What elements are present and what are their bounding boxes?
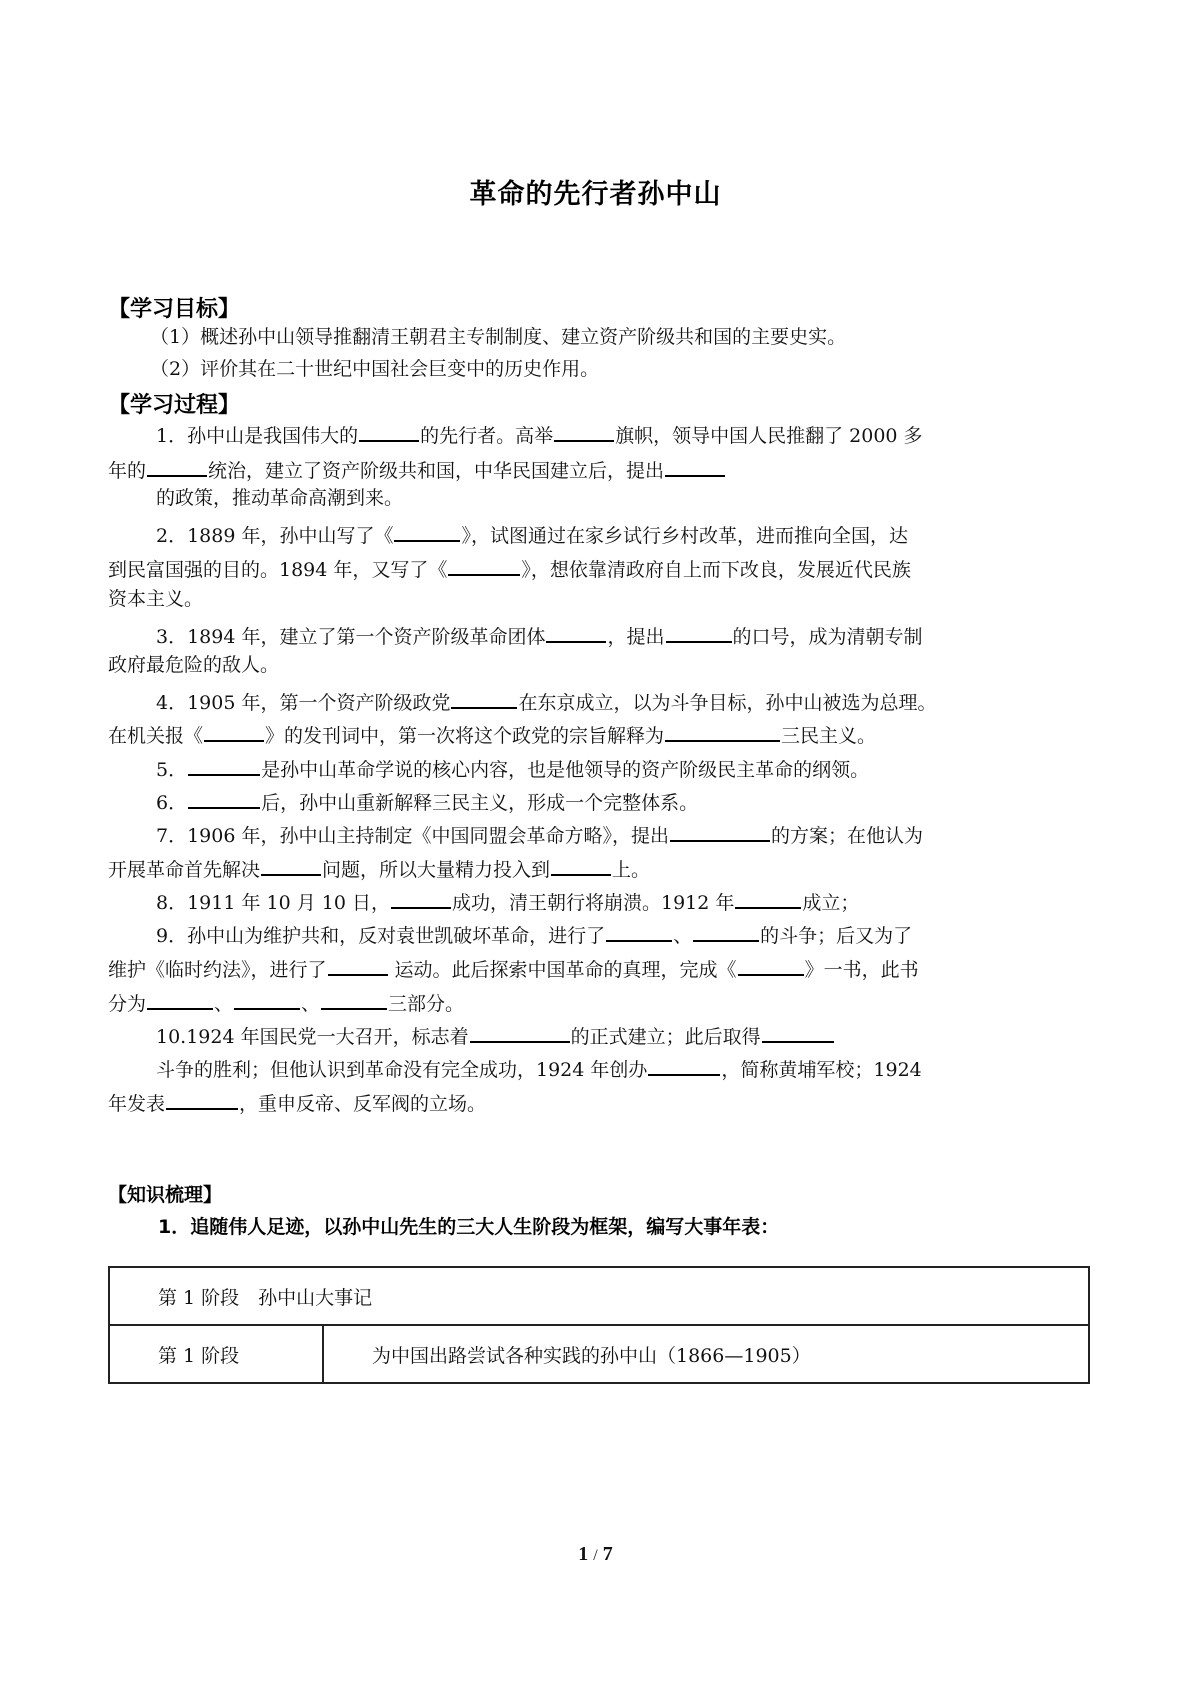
question-3-line-1: 3．1894 年，建立了第一个资产阶级革命团体，提出的口号，成为清朝专制 (156, 623, 923, 647)
q10-text-d: ，简称黄埔军校；1924 (721, 1059, 921, 1081)
current-page: 1 (578, 1543, 588, 1565)
q1-text-e: 统治，建立了资产阶级共和国，中华民国建立后，提出 (208, 460, 664, 482)
q10-text-c: 斗争的胜利；但他认识到革命没有完全成功，1924 年创办 (156, 1059, 647, 1081)
q6-text-b: 后，孙中山重新解释三民主义，形成一个完整体系。 (261, 792, 698, 814)
review-task: 1．追随伟人足迹，以孙中山先生的三大人生阶段为框架，编写大事年表： (158, 1212, 779, 1239)
answer-blank[interactable] (328, 956, 388, 976)
answer-blank[interactable] (670, 822, 770, 842)
answer-blank[interactable] (551, 856, 611, 876)
answer-blank[interactable] (261, 856, 321, 876)
q2-text-b: 》，试图通过在家乡试行乡村改革，进而推向全国，达 (461, 525, 908, 547)
answer-blank[interactable] (147, 457, 207, 477)
q4-text-c: 在机关报《 (108, 725, 203, 747)
table-header-row: 第 1 阶段 孙中山大事记 (109, 1267, 1089, 1325)
q8-text-b: 成功，清王朝行将崩溃。1912 年 (452, 892, 734, 914)
answer-blank[interactable] (648, 1056, 720, 1076)
answer-blank[interactable] (554, 422, 614, 442)
answer-blank[interactable] (394, 522, 460, 542)
answer-blank[interactable] (546, 623, 606, 643)
q1-text-a: 1．孙中山是我国伟大的 (156, 425, 358, 447)
q10-text-e: 年发表 (108, 1093, 165, 1115)
q10-text-b: 的正式建立；此后取得 (571, 1026, 761, 1048)
q2-text-a: 2．1889 年，孙中山写了《 (156, 525, 393, 547)
answer-blank[interactable] (359, 422, 419, 442)
question-10-line-1: 10.1924 年国民党一大召开，标志着的正式建立；此后取得 (156, 1023, 835, 1047)
q9-text-g: 分为 (108, 993, 146, 1015)
q9-text-d: 维护《临时约法》，进行了 (108, 959, 327, 981)
review-heading: 【知识梳理】 (108, 1180, 222, 1207)
q1-text-c: 旗帜，领导中国人民推翻了 2000 多 (615, 425, 922, 447)
objectives-heading: 【学习目标】 (108, 292, 240, 323)
q5-text-b: 是孙中山革命学说的核心内容，也是他领导的资产阶级民主革命的纲领。 (261, 759, 869, 781)
q9-text-b: 、 (673, 925, 692, 947)
answer-blank[interactable] (762, 1023, 834, 1043)
answer-blank[interactable] (665, 457, 725, 477)
answer-blank[interactable] (693, 922, 759, 942)
q10-text-a: 10.1924 年国民党一大召开，标志着 (156, 1026, 469, 1048)
q5-text-a: 5． (156, 759, 187, 781)
question-8: 8．1911 年 10 月 10 日，成功，清王朝行将崩溃。1912 年成立； (156, 889, 859, 913)
answer-blank[interactable] (735, 889, 801, 909)
answer-blank[interactable] (451, 689, 517, 709)
q9-text-c: 的斗争；后又为了 (760, 925, 912, 947)
answer-blank[interactable] (188, 756, 260, 776)
q9-text-i: 、 (301, 993, 320, 1015)
process-heading: 【学习过程】 (108, 388, 240, 419)
q4-text-a: 4．1905 年，第一个资产阶级政党 (156, 692, 450, 714)
q7-text-b: 的方案；在他认为 (771, 825, 923, 847)
answer-blank[interactable] (666, 623, 732, 643)
q8-text-a: 8．1911 年 10 月 10 日， (156, 892, 390, 914)
answer-blank[interactable] (147, 990, 213, 1010)
q2-text-d: 》，想依靠清政府自上而下改良，发展近代民族 (521, 559, 911, 581)
question-2-line-3: 资本主义。 (108, 590, 203, 609)
answer-blank[interactable] (448, 556, 520, 576)
q9-text-e: 运动。此后探索中国革命的真理，完成《 (389, 959, 737, 981)
q10-text-f: ，重申反帝、反军阀的立场。 (239, 1093, 486, 1115)
page-number: 1 / 7 (0, 1543, 1191, 1566)
question-10-line-3: 年发表，重申反帝、反军阀的立场。 (108, 1090, 486, 1114)
objective-item-2: （2）评价其在二十世纪中国社会巨变中的历史作用。 (150, 360, 599, 379)
page-separator: / (593, 1547, 597, 1564)
q2-text-c: 到民富国强的目的。1894 年，又写了《 (108, 559, 447, 581)
question-9-line-3: 分为、、三部分。 (108, 990, 464, 1014)
answer-blank[interactable] (166, 1090, 238, 1110)
q3-text-c: 的口号，成为清朝专制 (733, 626, 923, 648)
document-page: 革命的先行者孙中山 【学习目标】 （1）概述孙中山领导推翻清王朝君主专制制度、建… (0, 0, 1191, 1684)
q9-text-j: 三部分。 (388, 993, 464, 1015)
q3-text-b: ，提出 (607, 626, 664, 648)
table-header-cell: 第 1 阶段 孙中山大事记 (109, 1267, 1089, 1325)
table-row: 第 1 阶段 为中国出路尝试各种实践的孙中山（1866—1905） (109, 1325, 1089, 1383)
objective-item-1: （1）概述孙中山领导推翻清王朝君主专制制度、建立资产阶级共和国的主要史实。 (150, 328, 846, 347)
timeline-table: 第 1 阶段 孙中山大事记 第 1 阶段 为中国出路尝试各种实践的孙中山（186… (108, 1266, 1090, 1384)
question-7-line-2: 开展革命首先解决问题，所以大量精力投入到上。 (108, 856, 650, 880)
question-6: 6．后，孙中山重新解释三民主义，形成一个完整体系。 (156, 789, 698, 813)
question-5: 5．是孙中山革命学说的核心内容，也是他领导的资产阶级民主革命的纲领。 (156, 756, 869, 780)
q6-text-a: 6． (156, 792, 187, 814)
q1-text-d: 年的 (108, 460, 146, 482)
q7-text-a: 7．1906 年，孙中山主持制定《中国同盟会革命方略》，提出 (156, 825, 669, 847)
question-1-line-2: 年的统治，建立了资产阶级共和国，中华民国建立后，提出 (108, 457, 726, 481)
stage-cell: 第 1 阶段 (109, 1325, 323, 1383)
question-10-line-2: 斗争的胜利；但他认识到革命没有完全成功，1924 年创办，简称黄埔军校；1924 (156, 1056, 922, 1080)
q1-text-b: 的先行者。高举 (420, 425, 553, 447)
q9-text-f: 》一书，此书 (805, 959, 919, 981)
answer-blank[interactable] (321, 990, 387, 1010)
question-2-line-1: 2．1889 年，孙中山写了《》，试图通过在家乡试行乡村改革，进而推向全国，达 (156, 522, 908, 546)
question-7-line-1: 7．1906 年，孙中山主持制定《中国同盟会革命方略》，提出的方案；在他认为 (156, 822, 923, 846)
question-9-line-2: 维护《临时约法》，进行了 运动。此后探索中国革命的真理，完成《》一书，此书 (108, 956, 919, 980)
q4-text-e: 三民主义。 (781, 725, 876, 747)
answer-blank[interactable] (234, 990, 300, 1010)
q7-text-d: 问题，所以大量精力投入到 (322, 859, 550, 881)
q3-text-a: 3．1894 年，建立了第一个资产阶级革命团体 (156, 626, 545, 648)
stage-description-cell: 为中国出路尝试各种实践的孙中山（1866—1905） (323, 1325, 1089, 1383)
q7-text-e: 上。 (612, 859, 650, 881)
answer-blank[interactable] (665, 722, 780, 742)
q7-text-c: 开展革命首先解决 (108, 859, 260, 881)
question-4-line-1: 4．1905 年，第一个资产阶级政党在东京成立，以为斗争目标，孙中山被选为总理。 (156, 689, 937, 713)
answer-blank[interactable] (188, 789, 260, 809)
question-4-line-2: 在机关报《》的发刊词中，第一次将这个政党的宗旨解释为三民主义。 (108, 722, 876, 746)
question-3-line-2: 政府最危险的敌人。 (108, 656, 279, 675)
q8-text-c: 成立； (802, 892, 859, 914)
answer-blank[interactable] (204, 722, 264, 742)
total-pages: 7 (603, 1543, 613, 1565)
page-title: 革命的先行者孙中山 (0, 172, 1191, 211)
q9-text-h: 、 (214, 993, 233, 1015)
answer-blank[interactable] (738, 956, 804, 976)
question-1-line-1: 1．孙中山是我国伟大的的先行者。高举旗帜，领导中国人民推翻了 2000 多 (156, 422, 923, 446)
question-9-line-1: 9．孙中山为维护共和，反对袁世凯破坏革命，进行了、的斗争；后又为了 (156, 922, 912, 946)
question-1-line-3: 的政策，推动革命高潮到来。 (156, 489, 403, 508)
q4-text-d: 》的发刊词中，第一次将这个政党的宗旨解释为 (265, 725, 664, 747)
q9-text-a: 9．孙中山为维护共和，反对袁世凯破坏革命，进行了 (156, 925, 605, 947)
answer-blank[interactable] (606, 922, 672, 942)
q4-text-b: 在东京成立，以为斗争目标，孙中山被选为总理。 (518, 692, 936, 714)
answer-blank[interactable] (470, 1023, 570, 1043)
answer-blank[interactable] (391, 889, 451, 909)
question-2-line-2: 到民富国强的目的。1894 年，又写了《》，想依靠清政府自上而下改良，发展近代民… (108, 556, 911, 580)
